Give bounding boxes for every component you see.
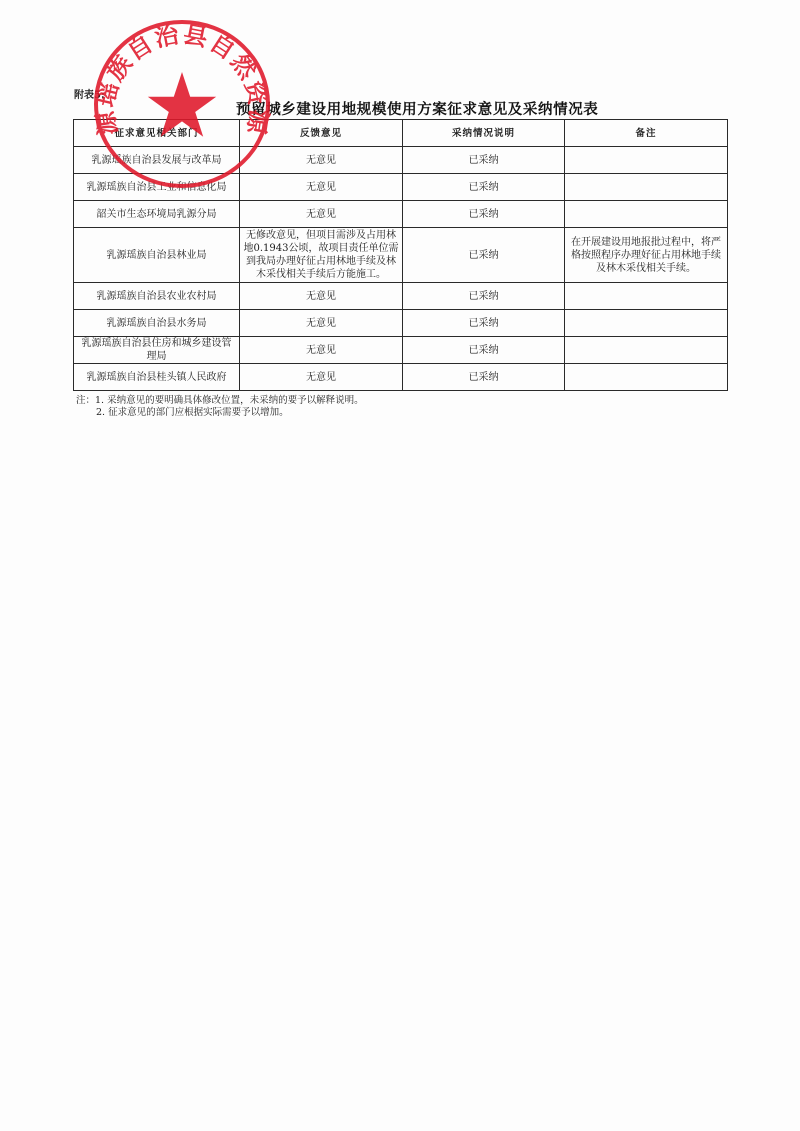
table-row: 乳源瑶族自治县桂头镇人民政府 无意见 已采纳	[74, 364, 728, 391]
cell-department: 乳源瑶族自治县水务局	[74, 310, 240, 337]
table-row: 乳源瑶族自治县发展与改革局 无意见 已采纳	[74, 147, 728, 174]
cell-remarks	[565, 201, 728, 228]
cell-adoption: 已采纳	[403, 310, 565, 337]
table-row: 乳源瑶族自治县林业局 无修改意见，但项目需涉及占用林地0.1943公顷，故项目责…	[74, 228, 728, 283]
cell-feedback: 无修改意见，但项目需涉及占用林地0.1943公顷，故项目责任单位需到我局办理好征…	[240, 228, 403, 283]
cell-feedback: 无意见	[240, 310, 403, 337]
cell-remarks: 在开展建设用地报批过程中，将严格按照程序办理好征占用林地手续及林木采伐相关手续。	[565, 228, 728, 283]
cell-feedback: 无意见	[240, 147, 403, 174]
header-remarks: 备注	[565, 120, 728, 147]
footnotes: 注：1. 采纳意见的要明确具体修改位置，未采纳的要予以解释说明。 2. 征求意见…	[76, 395, 364, 419]
header-adoption: 采纳情况说明	[403, 120, 565, 147]
cell-department: 乳源瑶族自治县农业农村局	[74, 283, 240, 310]
attachment-label: 附表5:	[74, 86, 105, 101]
cell-adoption: 已采纳	[403, 283, 565, 310]
note-1: 注：1. 采纳意见的要明确具体修改位置，未采纳的要予以解释说明。	[76, 395, 364, 407]
cell-remarks	[565, 147, 728, 174]
cell-adoption: 已采纳	[403, 228, 565, 283]
document-page: 附表5: 预留城乡建设用地规模使用方案征求意见及采纳情况表 征求意见相关部门 反…	[0, 0, 800, 1131]
cell-department: 乳源瑶族自治县林业局	[74, 228, 240, 283]
cell-department: 乳源瑶族自治县工业和信息化局	[74, 174, 240, 201]
table-row: 乳源瑶族自治县农业农村局 无意见 已采纳	[74, 283, 728, 310]
cell-feedback: 无意见	[240, 201, 403, 228]
table-row: 韶关市生态环境局乳源分局 无意见 已采纳	[74, 201, 728, 228]
table-row: 乳源瑶族自治县水务局 无意见 已采纳	[74, 310, 728, 337]
cell-feedback: 无意见	[240, 364, 403, 391]
document-title: 预留城乡建设用地规模使用方案征求意见及采纳情况表	[236, 98, 598, 119]
cell-remarks	[565, 174, 728, 201]
cell-remarks	[565, 310, 728, 337]
header-feedback: 反馈意见	[240, 120, 403, 147]
cell-adoption: 已采纳	[403, 337, 565, 364]
opinions-table: 征求意见相关部门 反馈意见 采纳情况说明 备注 乳源瑶族自治县发展与改革局 无意…	[73, 119, 728, 391]
cell-department: 韶关市生态环境局乳源分局	[74, 201, 240, 228]
table-row: 乳源瑶族自治县工业和信息化局 无意见 已采纳	[74, 174, 728, 201]
cell-department: 乳源瑶族自治县发展与改革局	[74, 147, 240, 174]
cell-adoption: 已采纳	[403, 147, 565, 174]
cell-department: 乳源瑶族自治县桂头镇人民政府	[74, 364, 240, 391]
cell-adoption: 已采纳	[403, 201, 565, 228]
cell-adoption: 已采纳	[403, 364, 565, 391]
table-header-row: 征求意见相关部门 反馈意见 采纳情况说明 备注	[74, 120, 728, 147]
cell-remarks	[565, 364, 728, 391]
cell-feedback: 无意见	[240, 283, 403, 310]
cell-feedback: 无意见	[240, 337, 403, 364]
table-row: 乳源瑶族自治县住房和城乡建设管理局 无意见 已采纳	[74, 337, 728, 364]
cell-remarks	[565, 283, 728, 310]
cell-department: 乳源瑶族自治县住房和城乡建设管理局	[74, 337, 240, 364]
header-department: 征求意见相关部门	[74, 120, 240, 147]
cell-feedback: 无意见	[240, 174, 403, 201]
note-2: 2. 征求意见的部门应根据实际需要予以增加。	[76, 407, 364, 419]
cell-adoption: 已采纳	[403, 174, 565, 201]
cell-remarks	[565, 337, 728, 364]
